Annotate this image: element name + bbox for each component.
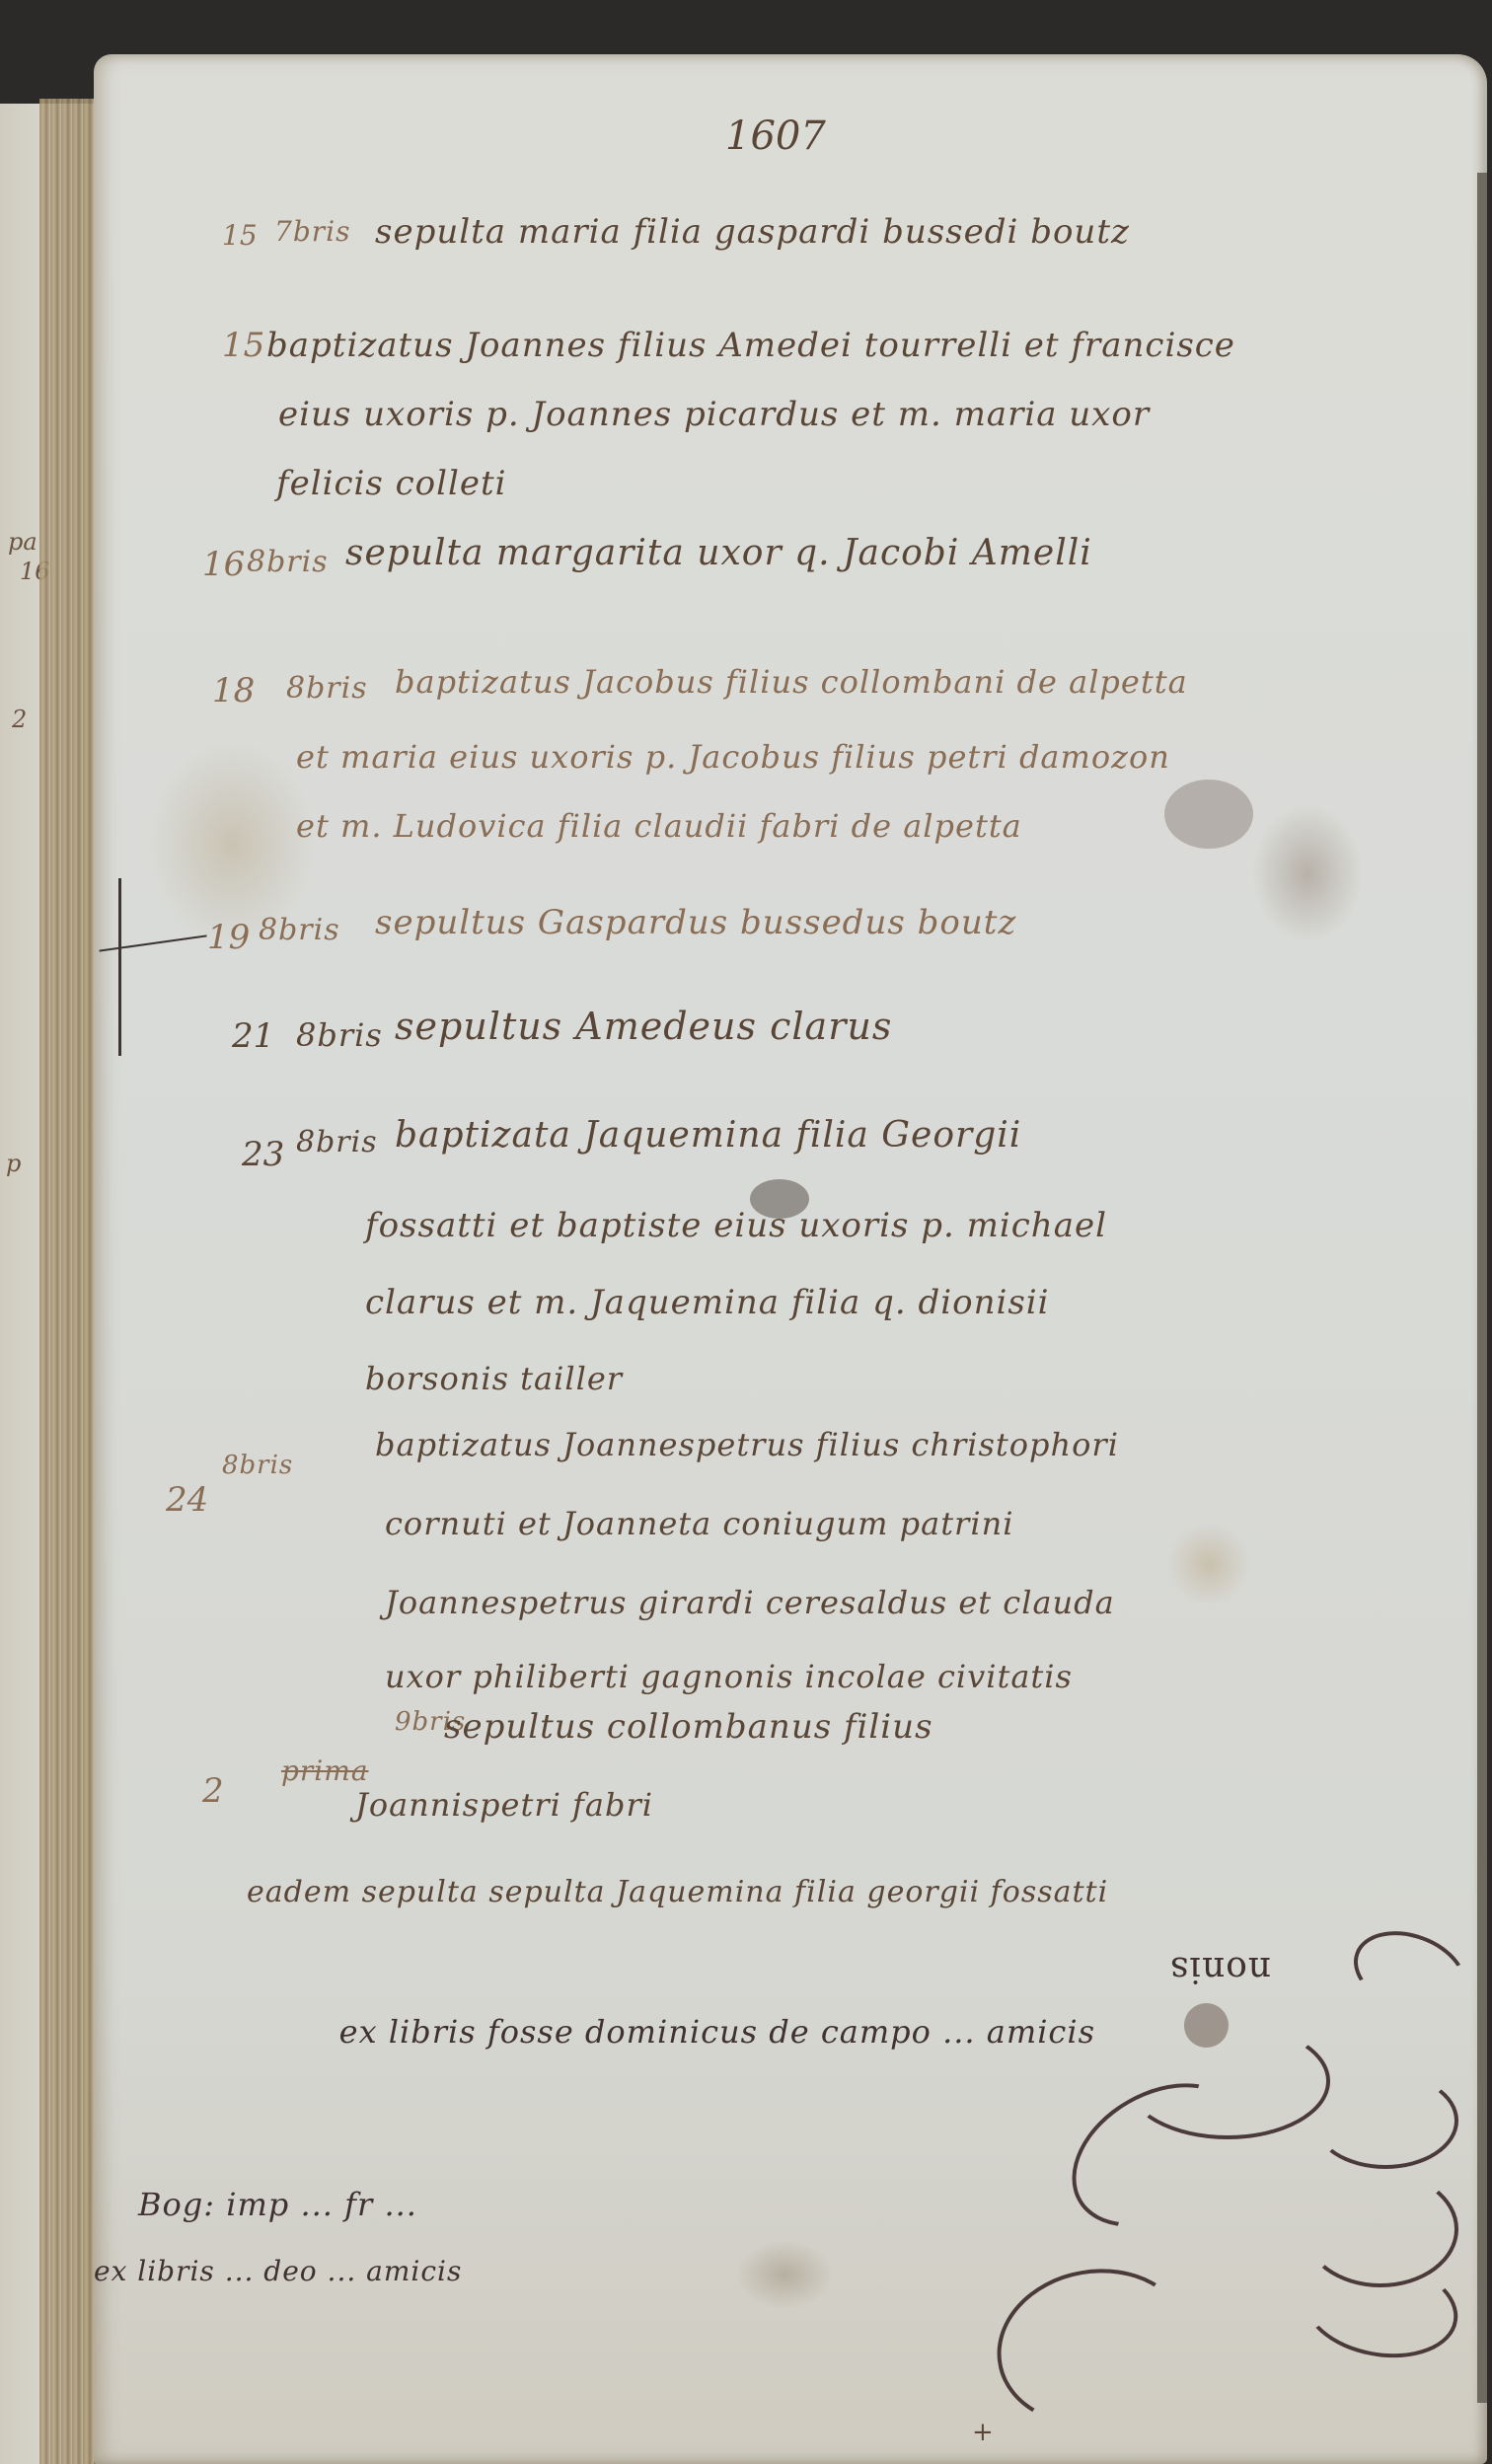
entry-month: 7bris — [274, 215, 350, 248]
entry-line: baptizatus Joannes filius Amedei tourrel… — [266, 326, 1235, 365]
left-page-text: 2 — [12, 706, 27, 733]
entry-line: felicis colleti — [276, 464, 507, 503]
entry-day: 16 — [202, 545, 245, 584]
entry-line: sepultus Amedeus clarus — [395, 1005, 892, 1048]
entry-line: clarus et m. Jaquemina filia q. dionisii — [365, 1283, 1050, 1322]
entry-line: eadem sepulta sepulta Jaquemina filia ge… — [247, 1875, 1108, 1909]
water-stain — [1164, 780, 1253, 849]
entry-day: 15 — [222, 326, 264, 365]
page-right-edge — [1477, 173, 1487, 2403]
entry-line: uxor philiberti gagnonis incolae civitat… — [385, 1658, 1073, 1695]
entry-day: 18 — [212, 671, 255, 710]
entry-month: 8bris — [222, 1451, 293, 1480]
left-page-text: p — [6, 1150, 21, 1177]
struck-word: prima — [281, 1755, 369, 1787]
inverted-note-text: ex libris ... deo ... amicis — [94, 2255, 462, 2287]
margin-mark — [118, 878, 121, 1056]
entry-day: 2 — [202, 1771, 224, 1811]
entry-day: 21 — [232, 1016, 274, 1056]
entry-line: sepultus collombanus filius — [444, 1707, 933, 1747]
entry-day: 15 — [222, 219, 258, 252]
entry-line: et maria eius uxoris p. Jacobus filius p… — [296, 738, 1170, 776]
entry-line: borsonis tailler — [365, 1360, 623, 1397]
entry-month: 8bris — [259, 913, 340, 947]
entry-line: fossatti et baptiste eius uxoris p. mich… — [365, 1206, 1107, 1245]
ink-blot — [750, 1179, 809, 1219]
entry-line: baptizatus Joannespetrus filius christop… — [375, 1426, 1119, 1463]
entry-month: 8bris — [296, 1016, 383, 1054]
entry-line: sepulta margarita uxor q. Jacobi Amelli — [345, 533, 1092, 573]
left-page-text: pa — [8, 528, 37, 556]
inverted-note-text: Bog: imp ... fr ... — [138, 2186, 417, 2223]
inverted-note-text: ex libris fosse dominicus de campo ... a… — [339, 2013, 1095, 2051]
entry-line: Joannispetri fabri — [355, 1786, 653, 1824]
entry-line: cornuti et Joanneta coniugum patrini — [385, 1505, 1013, 1542]
entry-month: 8bris — [296, 1125, 378, 1159]
entry-line: sepulta maria filia gaspardi bussedi bou… — [375, 212, 1130, 252]
entry-month: 8bris — [247, 545, 329, 579]
entry-line: Joannespetrus girardi ceresaldus et clau… — [385, 1584, 1115, 1621]
entry-line: et m. Ludovica filia claudii fabri de al… — [296, 807, 1022, 845]
bottom-cross-mark: + — [972, 2418, 994, 2447]
entry-day: 23 — [242, 1135, 284, 1174]
entry-month: 8bris — [286, 671, 368, 706]
entry-day: 24 — [166, 1480, 208, 1520]
year-header: 1607 — [725, 113, 826, 159]
entry-line: baptizata Jaquemina filia Georgii — [395, 1115, 1021, 1156]
inverted-note: ex libris fosse dominicus de campo ... a… — [0, 2013, 109, 2051]
entry-line: sepultus Gaspardus bussedus boutz — [375, 903, 1016, 942]
entry-line: eius uxoris p. Joannes picardus et m. ma… — [278, 395, 1150, 434]
entry-day: 19 — [207, 918, 250, 957]
signature-word: nonis — [1169, 1949, 1271, 1989]
signature-flourish — [1312, 2072, 1458, 2169]
ink-blot — [1184, 2003, 1229, 2048]
entry-line: baptizatus Jacobus filius collombani de … — [395, 663, 1188, 701]
